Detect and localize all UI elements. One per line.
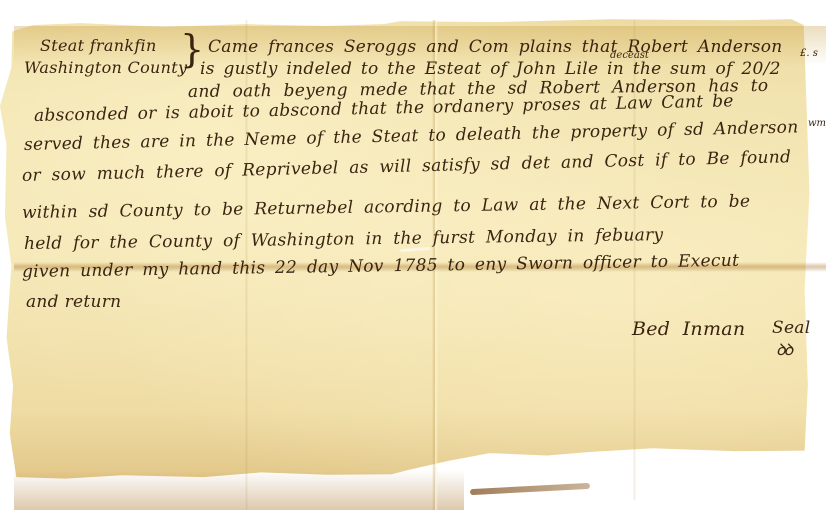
- text-line-10: and return: [26, 292, 121, 312]
- text-line-7: within sd County to be Returnebel acordi…: [22, 192, 751, 223]
- document-page: Steat frankfin Washington County } Came …: [0, 0, 840, 522]
- signature-name: Bed Inman: [632, 318, 745, 340]
- superscript-currency: £. s: [800, 48, 818, 59]
- text-line-9: given under my hand this 22 day Nov 1785…: [22, 251, 739, 282]
- signature-seal-label: Seal: [772, 318, 810, 338]
- seal-flourish-icon: ꝺꝺ: [776, 338, 791, 360]
- superscript-deceased: deceast: [610, 50, 649, 61]
- header-county: Washington County: [24, 58, 187, 77]
- text-line-8: held for the County of Washington in the…: [24, 225, 664, 254]
- handwritten-text: Steat frankfin Washington County } Came …: [0, 0, 840, 522]
- text-line-6: or sow much there of Reprivebel as will …: [22, 147, 792, 186]
- text-line-1: Came frances Seroggs and Com plains that…: [208, 37, 783, 57]
- superscript-anderson: wm: [808, 118, 826, 129]
- header-state: Steat frankfin: [40, 36, 157, 55]
